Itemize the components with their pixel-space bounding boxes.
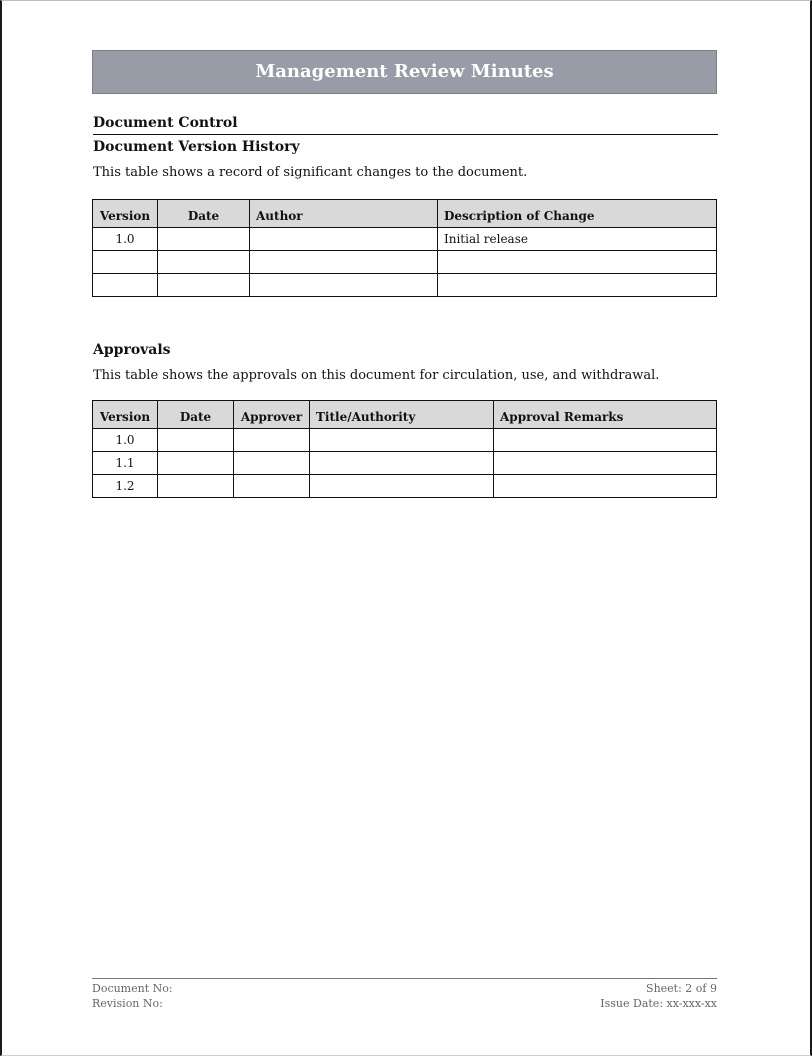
document-title-banner: Management Review Minutes	[92, 50, 717, 94]
table-cell[interactable]	[158, 274, 250, 297]
table-cell[interactable]: 1.2	[93, 475, 158, 498]
table-cell[interactable]	[250, 251, 438, 274]
section-heading-document-control: Document Control	[93, 115, 718, 135]
table-cell[interactable]	[234, 429, 310, 452]
column-header: Approver	[234, 401, 310, 429]
table-cell[interactable]	[158, 475, 234, 498]
version-history-table: Version Date Author Description of Chang…	[92, 199, 717, 297]
page-footer: Document No: Sheet: 2 of 9 Revision No: …	[92, 978, 717, 1011]
table-cell[interactable]	[158, 228, 250, 251]
table-header-row: Version Date Approver Title/Authority Ap…	[93, 401, 717, 429]
table-cell[interactable]	[158, 452, 234, 475]
table-cell[interactable]	[438, 274, 717, 297]
table-cell[interactable]	[234, 452, 310, 475]
column-header: Version	[93, 401, 158, 429]
table-cell[interactable]	[158, 251, 250, 274]
column-header: Date	[158, 401, 234, 429]
column-header: Approval Remarks	[494, 401, 717, 429]
approvals-table: Version Date Approver Title/Authority Ap…	[92, 400, 717, 498]
table-cell[interactable]	[494, 429, 717, 452]
table-cell[interactable]	[250, 228, 438, 251]
table-row: 1.0	[93, 429, 717, 452]
table-row	[93, 274, 717, 297]
column-header: Title/Authority	[310, 401, 494, 429]
table-cell[interactable]: 1.0	[93, 228, 158, 251]
column-header: Description of Change	[438, 200, 717, 228]
table-header-row: Version Date Author Description of Chang…	[93, 200, 717, 228]
table-cell[interactable]	[158, 429, 234, 452]
column-header: Date	[158, 200, 250, 228]
table-row: 1.1	[93, 452, 717, 475]
revision-no-label: Revision No:	[92, 996, 163, 1011]
table-cell[interactable]: 1.0	[93, 429, 158, 452]
issue-date: Issue Date: xx-xxx-xx	[600, 996, 717, 1011]
table-cell[interactable]	[310, 429, 494, 452]
column-header: Version	[93, 200, 158, 228]
version-history-description: This table shows a record of significant…	[93, 165, 527, 180]
table-cell[interactable]	[93, 251, 158, 274]
column-header: Author	[250, 200, 438, 228]
version-history-heading: Document Version History	[93, 139, 300, 155]
table-row	[93, 251, 717, 274]
table-cell[interactable]	[310, 475, 494, 498]
table-cell[interactable]	[250, 274, 438, 297]
table-cell[interactable]	[310, 452, 494, 475]
page-frame	[0, 0, 812, 1056]
table-cell[interactable]: Initial release	[438, 228, 717, 251]
table-cell[interactable]	[93, 274, 158, 297]
table-row: 1.2	[93, 475, 717, 498]
table-cell[interactable]	[494, 475, 717, 498]
approvals-description: This table shows the approvals on this d…	[93, 368, 659, 383]
table-row: 1.0 Initial release	[93, 228, 717, 251]
sheet-number: Sheet: 2 of 9	[646, 981, 717, 996]
table-cell[interactable]	[494, 452, 717, 475]
table-cell[interactable]: 1.1	[93, 452, 158, 475]
document-no-label: Document No:	[92, 981, 173, 996]
table-cell[interactable]	[438, 251, 717, 274]
table-cell[interactable]	[234, 475, 310, 498]
approvals-heading: Approvals	[93, 342, 171, 358]
